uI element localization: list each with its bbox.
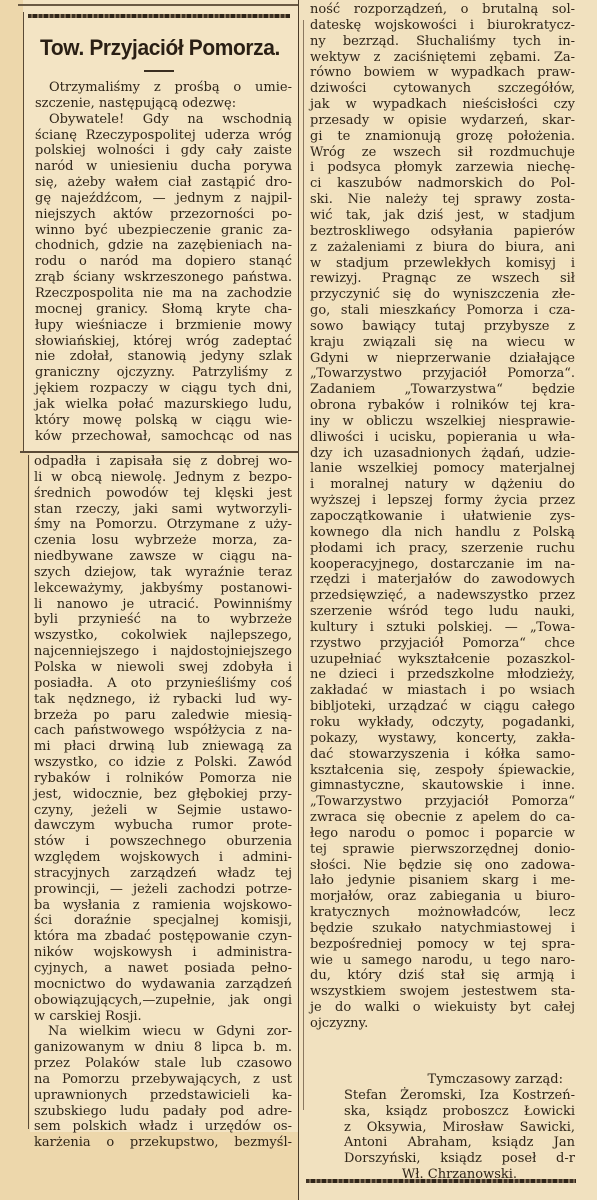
text-line: przesady w opisie wydarzeń, skar- — [310, 113, 575, 129]
text-line: brzeża po paru zaledwie miesią- — [34, 708, 292, 724]
text-line: wić tak, jak dziś jest, w stadjum — [310, 208, 575, 224]
text-line: jak w wypadkach nieścisłości czy — [310, 97, 575, 113]
text-line: niedbywane zawsze w ciągu na- — [34, 549, 292, 565]
column-divider-inner — [303, 20, 304, 1110]
text-line: lekceważymy, jakbyśmy postanowi- — [34, 581, 292, 597]
text-line: rzędzi i materjałów do zawodowych — [310, 572, 575, 588]
text-line: morjałów, oraz zabiegania u biuro- — [310, 889, 575, 905]
text-line: polskiej wolności i gdy cały zaiste — [35, 143, 292, 159]
text-line: kooperacyjnego, dostarczanie im na- — [310, 557, 575, 573]
text-line: czyny, jeżeli w Sejmie ustawo- — [34, 803, 292, 819]
text-line: Polska w niewoli swej zdobyła i — [34, 660, 292, 676]
signature-block: Tymczasowy zarząd: Stefan Żeromski, Iza … — [344, 1072, 575, 1183]
text-line: ścianę Rzeczypospolitej uderza wróg — [35, 128, 292, 144]
text-line: przyczynić się do wyniszczenia złe- — [310, 287, 575, 303]
text-line: gę najeźdźcom, — jednym z najpil- — [35, 191, 292, 207]
text-line: karżenia o przekupstwo, bezmyśl- — [34, 1135, 292, 1151]
text-line: równo bowiem w wypadkach praw- — [310, 65, 575, 81]
text-line: Zadaniem „Towarzystwa“ będzie — [310, 382, 575, 398]
text-line: ne dzieci i przedszkolne młodzieży, — [310, 667, 575, 683]
text-line: Wróg ze wszech sił rozdmuchuje — [310, 145, 575, 161]
text-line: bibljoteki, urządzać w ciągu całego — [310, 699, 575, 715]
text-line: ba wysłania z ramienia wojskowo- — [34, 898, 292, 914]
text-line: z zażaleniami z biura do biura, ani — [310, 240, 575, 256]
text-line: lało jedynie pisaniem skarg i me- — [310, 873, 575, 889]
text-line: tak nędznego, iż rybacki lud wy- — [34, 692, 292, 708]
title-ornament-rule — [28, 14, 290, 18]
text-line: kraju związali się na wiecu w — [310, 335, 575, 351]
text-line: wszystko, co idzie z Polski. Zawód — [34, 755, 292, 771]
text-line: wektyw z zaciśniętemi zębami. Za- — [310, 50, 575, 66]
text-line: dać stowarzyszenia i kółka samo- — [310, 747, 575, 763]
text-line: byli przynieść na to wybrzeże — [34, 612, 292, 628]
text-line: je do walki o wiekuisty byt całej — [310, 1000, 575, 1016]
text-line: du, który dziś stał się armją i — [310, 968, 575, 984]
text-line: na Pomorzu przebywających, z ust — [34, 1072, 292, 1088]
text-line: li w obcą niewolę. Jednym z bezpo- — [34, 470, 292, 486]
text-line: ny bezrząd. Słuchaliśmy tych in- — [310, 34, 575, 50]
signature-line: Dorszyński, ksiądz poseł d-r — [344, 1151, 575, 1167]
text-line: szerzenie wśród tego ludu nauki, — [310, 604, 575, 620]
text-line: Otrzymaliśmy z prośbą o umie- — [35, 80, 292, 96]
text-line: Obywatele! Gdy na wschodnią — [35, 112, 292, 128]
text-line: chodnich, gdzie na zazębieniach na- — [35, 238, 292, 254]
signature-last-line: Wł. Chrzanowski. — [344, 1167, 575, 1183]
text-line: prowincji, — jeżeli zachodzi potrze- — [34, 882, 292, 898]
text-line: ski. Nie należy tej sprawy zosta- — [310, 192, 575, 208]
text-line: bezpośredniej pomocy w tej spra- — [310, 937, 575, 953]
text-line: cach państwowego współżycia z na- — [34, 723, 292, 739]
top-rule — [18, 4, 298, 6]
text-line: li nanowo je utracić. Powinniśmy — [34, 597, 292, 613]
column-divider — [298, 0, 299, 1200]
text-line: rewizyj. Pragnąc ze wszech sił — [310, 271, 575, 287]
text-line: posiadła. A oto przynieśliśmy coś — [34, 676, 292, 692]
text-line: względem wojskowych i admini- — [34, 850, 292, 866]
text-line: ści doraźnie specjalnej komisji, — [34, 913, 292, 929]
text-line: obowiązujących,—zupełnie, jak ongi — [34, 993, 292, 1009]
text-line: ników wojskowysh i administra- — [34, 945, 292, 961]
text-line: zrąb ściany wskrzeszonego państwa. — [35, 270, 292, 286]
signature-line: Stefan Żeromski, Iza Kostrzeń- — [344, 1088, 575, 1104]
text-line: stan rzeczy, jaki sami wytworzyli- — [34, 502, 292, 518]
text-line: gimnastyczne, skautowskie i inne. — [310, 778, 575, 794]
text-line: dziwości cytowanych szczegółów, — [310, 81, 575, 97]
text-line: lanie wszelkiej pomocy materjalnej — [310, 461, 575, 477]
text-line: mocnictwo do wydawania zarządzeń — [34, 977, 292, 993]
text-line: mi płaci drwiną lub zniewagą za — [34, 739, 292, 755]
signature-heading: Tymczasowy zarząd: — [344, 1072, 575, 1088]
text-line: pokazy, wystawy, koncerty, zakła- — [310, 731, 575, 747]
text-line: w stadjum przewlekłych komisyj i — [310, 256, 575, 272]
text-line: winno być ubezpieczenie granic za- — [35, 223, 292, 239]
text-line: czenia losu wybrzeże morza, za- — [34, 533, 292, 549]
text-line: i moralnej natury w dążeniu do — [310, 477, 575, 493]
left-border-rule-bottom — [28, 455, 29, 1129]
signature-line: z Oksywia, Mirosław Sawicki, — [344, 1120, 575, 1136]
text-line: kształcenia się, zespoły śpiewackie, — [310, 763, 575, 779]
text-line: kownego dla nich handlu z Polską — [310, 525, 575, 541]
text-line: nie zdołał, stanowią jedyny szlak — [35, 349, 292, 365]
text-line: ci kaszubów nadmorskich do Pol- — [310, 176, 575, 192]
section-divider-rule — [20, 451, 298, 453]
signature-line: ska, ksiądz proboszcz Łowicki — [344, 1104, 575, 1120]
text-line: łupy wieśniacze i brzmienie mowy — [35, 318, 292, 334]
text-line: rzystwo przyjaciół Pomorza“ chce — [310, 636, 575, 652]
article-title: Tow. Przyjaciół Pomorza. — [34, 35, 285, 61]
text-line: sem polskich władz i urzędów os- — [34, 1119, 292, 1135]
text-line: cyjnych, a nawet posiada pełno- — [34, 961, 292, 977]
text-line: która ma zbadać postępowanie czyn- — [34, 929, 292, 945]
text-line: zwraca się obecnie z apelem do ca- — [310, 810, 575, 826]
text-line: wyższej i lepszej formy życia przez — [310, 493, 575, 509]
text-line: słości. Nie będzie się ono zadowa- — [310, 858, 575, 874]
newspaper-page: Tow. Przyjaciół Pomorza. Otrzymaliśmy z … — [0, 0, 597, 1200]
text-line: rodu o naród ma dopiero stanąć — [35, 254, 292, 270]
text-line: ganizowanym w dniu 8 lipca b. m. — [34, 1040, 292, 1056]
text-line: dawczym wybucha rumor prote- — [34, 818, 292, 834]
text-line: płodami ich pracy, szerzenie ruchu — [310, 541, 575, 557]
text-line: graniczny ojczyzny. Patrzyliśmy z — [35, 365, 292, 381]
text-line: obrona rybaków i rolników tej kra- — [310, 398, 575, 414]
text-line: stów i powszechnego oburzenia — [34, 834, 292, 850]
text-line: tej sprawie pierwszorzędnej donio- — [310, 842, 575, 858]
text-line: dliwości i ucisku, popierania u wła- — [310, 430, 575, 446]
text-line: ków przechował, samochcąc od nas — [35, 429, 292, 445]
text-line: i podsyca płomyk zarzewia niechę- — [310, 160, 575, 176]
text-line: jest, widocznie, bez głębokiej przy- — [34, 787, 292, 803]
text-line: roku wykłady, odczyty, pogadanki, — [310, 715, 575, 731]
column-2-text: ność rozporządzeń, o brutalną sol-datesk… — [310, 2, 575, 1032]
text-line: niejszych aktów przezorności po- — [35, 207, 292, 223]
text-line: stracyjnych zarządzeń władz tej — [34, 866, 292, 882]
text-line: kratycznych możnowładców, lecz — [310, 905, 575, 921]
text-line: beztroskliwego odsyłania papierów — [310, 224, 575, 240]
text-line: który mowę polską w ciągu wie- — [35, 413, 292, 429]
text-line: wszystkiem swojem jestestwem sta- — [310, 984, 575, 1000]
text-line: Gdyni w nieprzerwanie działające — [310, 351, 575, 367]
text-line: rybaków i rolników Pomorza nie — [34, 771, 292, 787]
text-line: przez Polaków stale lub czasowo — [34, 1056, 292, 1072]
text-line: szubskiego ludu padały pod adre- — [34, 1104, 292, 1120]
text-line: zapoczątkowanie i ułatwienie zys- — [310, 509, 575, 525]
text-line: najcenniejszego i najdostojniejszego — [34, 644, 292, 660]
text-line: jak wielka połać mazurskiego ludu, — [35, 397, 292, 413]
title-dash — [144, 70, 174, 72]
text-line: średnich powodów tej klęski jest — [34, 486, 292, 502]
text-line: odpadła i zapisała się z dobrej wo- — [34, 454, 292, 470]
text-line: w carskiej Rosji. — [34, 1009, 292, 1025]
text-line: wie u samego narodu, u tego naro- — [310, 953, 575, 969]
text-line: „Towarzystwo przyjaciół Pomorza“. — [310, 366, 575, 382]
left-border-rule-top — [23, 12, 24, 452]
text-line: dzy ich uzasadnionych żądań, udzie- — [310, 446, 575, 462]
text-line: słowiańskiej, której wróg zadeptać — [35, 334, 292, 350]
text-line: „Towarzystwo przyjaciół Pomorza“ — [310, 794, 575, 810]
text-line: kultury i sztuki polskiej. — „Towa- — [310, 620, 575, 636]
text-line: wszystko, cokolwiek najlepszego, — [34, 628, 292, 644]
text-line: gi te znamionują grozę położenia. — [310, 129, 575, 145]
text-line: zakładać w miastach i po wsiach — [310, 683, 575, 699]
text-line: sowo bawiący tutaj przybysze z — [310, 319, 575, 335]
text-line: ność rozporządzeń, o brutalną sol- — [310, 2, 575, 18]
text-line: Na wielkim wiecu w Gdyni zor- — [34, 1024, 292, 1040]
text-line: szych dziejow, tak wyraźnie teraz — [34, 565, 292, 581]
text-line: Rzeczpospolita nie ma na zachodzie — [35, 286, 292, 302]
text-line: naród w uniesieniu ducha porywa — [35, 159, 292, 175]
text-line: uprawnionych przedstawicieli ka- — [34, 1088, 292, 1104]
text-line: iny w obliczu wszelkiej niesprawie- — [310, 414, 575, 430]
column-1-bottom-text: odpadła i zapisała się z dobrej wo-li w … — [34, 454, 292, 1151]
text-line: śmy na Pomorzu. Otrzymane z uży- — [34, 517, 292, 533]
text-line: jękiem rozpaczy w ciągu tych dni, — [35, 381, 292, 397]
text-line: łego narodu o pomoc i poparcie w — [310, 826, 575, 842]
text-line: go, stali mieszkańcy Pomorza i cza- — [310, 303, 575, 319]
text-line: ojczyzny. — [310, 1016, 575, 1032]
text-line: przedsięwzięć, a nadewszystko przez — [310, 588, 575, 604]
text-line: uzupełniać wykształcenie pozaszkol- — [310, 652, 575, 668]
text-line: szczenie, następującą odezwę: — [35, 96, 292, 112]
text-line: będzie szukało natychmiastowej i — [310, 921, 575, 937]
text-line: dateskę wojskowości i biurokratycz- — [310, 18, 575, 34]
text-line: się, ażeby wałem ciał zastąpić dro- — [35, 175, 292, 191]
column-1-top-text: Otrzymaliśmy z prośbą o umie-szczenie, n… — [35, 80, 292, 444]
text-line: mocnej granicy. Słomą kryte cha- — [35, 302, 292, 318]
signature-line: Antoni Abraham, ksiądz Jan — [344, 1135, 575, 1151]
